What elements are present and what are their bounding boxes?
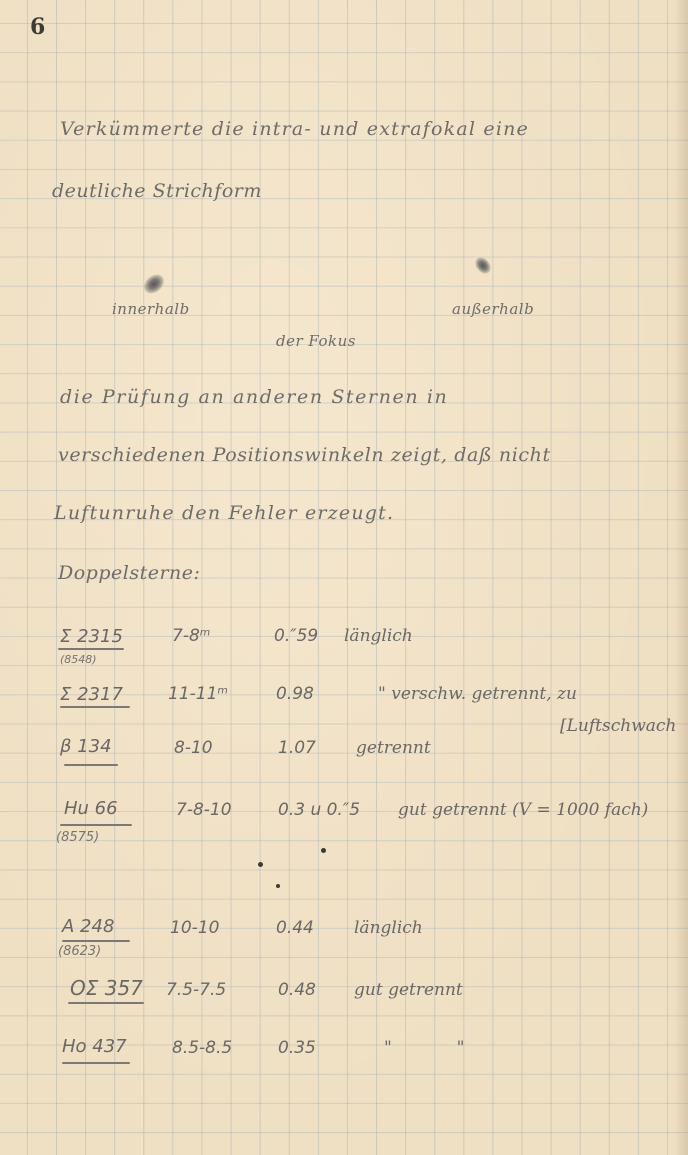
page-edge-shadow [674, 0, 688, 1155]
magnitudes: 8.5-8.5 [172, 1038, 232, 1058]
star-designation: Ho 437 [62, 1036, 127, 1057]
magnitudes: 7-8ᵐ [172, 626, 210, 646]
pencil-dot [321, 848, 326, 853]
magnitudes: 10-10 [170, 918, 219, 938]
pencil-dot [276, 884, 280, 888]
star-designation: Hu 66 [64, 798, 118, 819]
prose-line-4: verschiedenen Positionswinkeln zeigt, da… [58, 444, 551, 466]
separation: 0.48 [278, 980, 316, 1000]
star-image-inside-focus [140, 271, 167, 297]
star-designation: A 248 [62, 916, 114, 937]
star-designation: Σ 2315 [60, 626, 123, 647]
label-focus: der Fokus [276, 332, 356, 350]
separation: 0.44 [276, 918, 314, 938]
separation: 1.07 [278, 738, 316, 758]
remark-continuation: [Luftschwach [560, 716, 676, 736]
underline [62, 940, 130, 942]
pencil-dot [258, 862, 263, 867]
underline [60, 824, 132, 826]
remark: länglich [344, 626, 413, 646]
separation: 0.3 u 0.″5 [278, 800, 360, 820]
prose-line-5: Luftunruhe den Fehler erzeugt. [54, 502, 394, 524]
catalog-number: (8623) [58, 944, 101, 959]
magnitudes: 7-8-10 [176, 800, 232, 820]
catalog-number: (8548) [60, 653, 97, 666]
prose-line-2: deutliche Strichform [52, 180, 262, 202]
remark: " verschw. getrennt, zu [378, 684, 577, 704]
separation: 0.35 [278, 1038, 316, 1058]
underline [60, 706, 130, 708]
notebook-page: 6 Verkümmerte die intra- und extrafokal … [0, 0, 688, 1155]
remark: " " [384, 1038, 464, 1058]
magnitudes: 11-11ᵐ [168, 684, 228, 704]
magnitudes: 8-10 [174, 738, 213, 758]
label-outside-focus: außerhalb [452, 300, 534, 318]
label-inside-focus: innerhalb [112, 300, 190, 318]
double-stars-heading: Doppelsterne: [58, 562, 200, 584]
magnitudes: 7.5-7.5 [166, 980, 226, 1000]
page-number: 6 [30, 14, 45, 40]
separation: 0.″59 [274, 626, 318, 646]
underline [62, 1062, 130, 1064]
remark: getrennt [356, 738, 431, 758]
star-designation: Σ 2317 [60, 684, 123, 705]
remark: gut getrennt [354, 980, 463, 1000]
prose-line-3: die Prüfung an anderen Sternen in [60, 386, 448, 408]
remark: gut getrennt (V = 1000 fach) [398, 800, 648, 820]
remark: länglich [354, 918, 423, 938]
prose-line-1: Verkümmerte die intra- und extrafokal ei… [60, 118, 529, 140]
separation: 0.98 [276, 684, 314, 704]
underline [68, 1002, 144, 1004]
underline [58, 648, 124, 650]
star-image-outside-focus [472, 254, 494, 276]
catalog-number: (8575) [56, 830, 99, 845]
underline [64, 764, 118, 766]
star-designation: OΣ 357 [70, 976, 143, 1000]
star-designation: β 134 [60, 736, 112, 757]
